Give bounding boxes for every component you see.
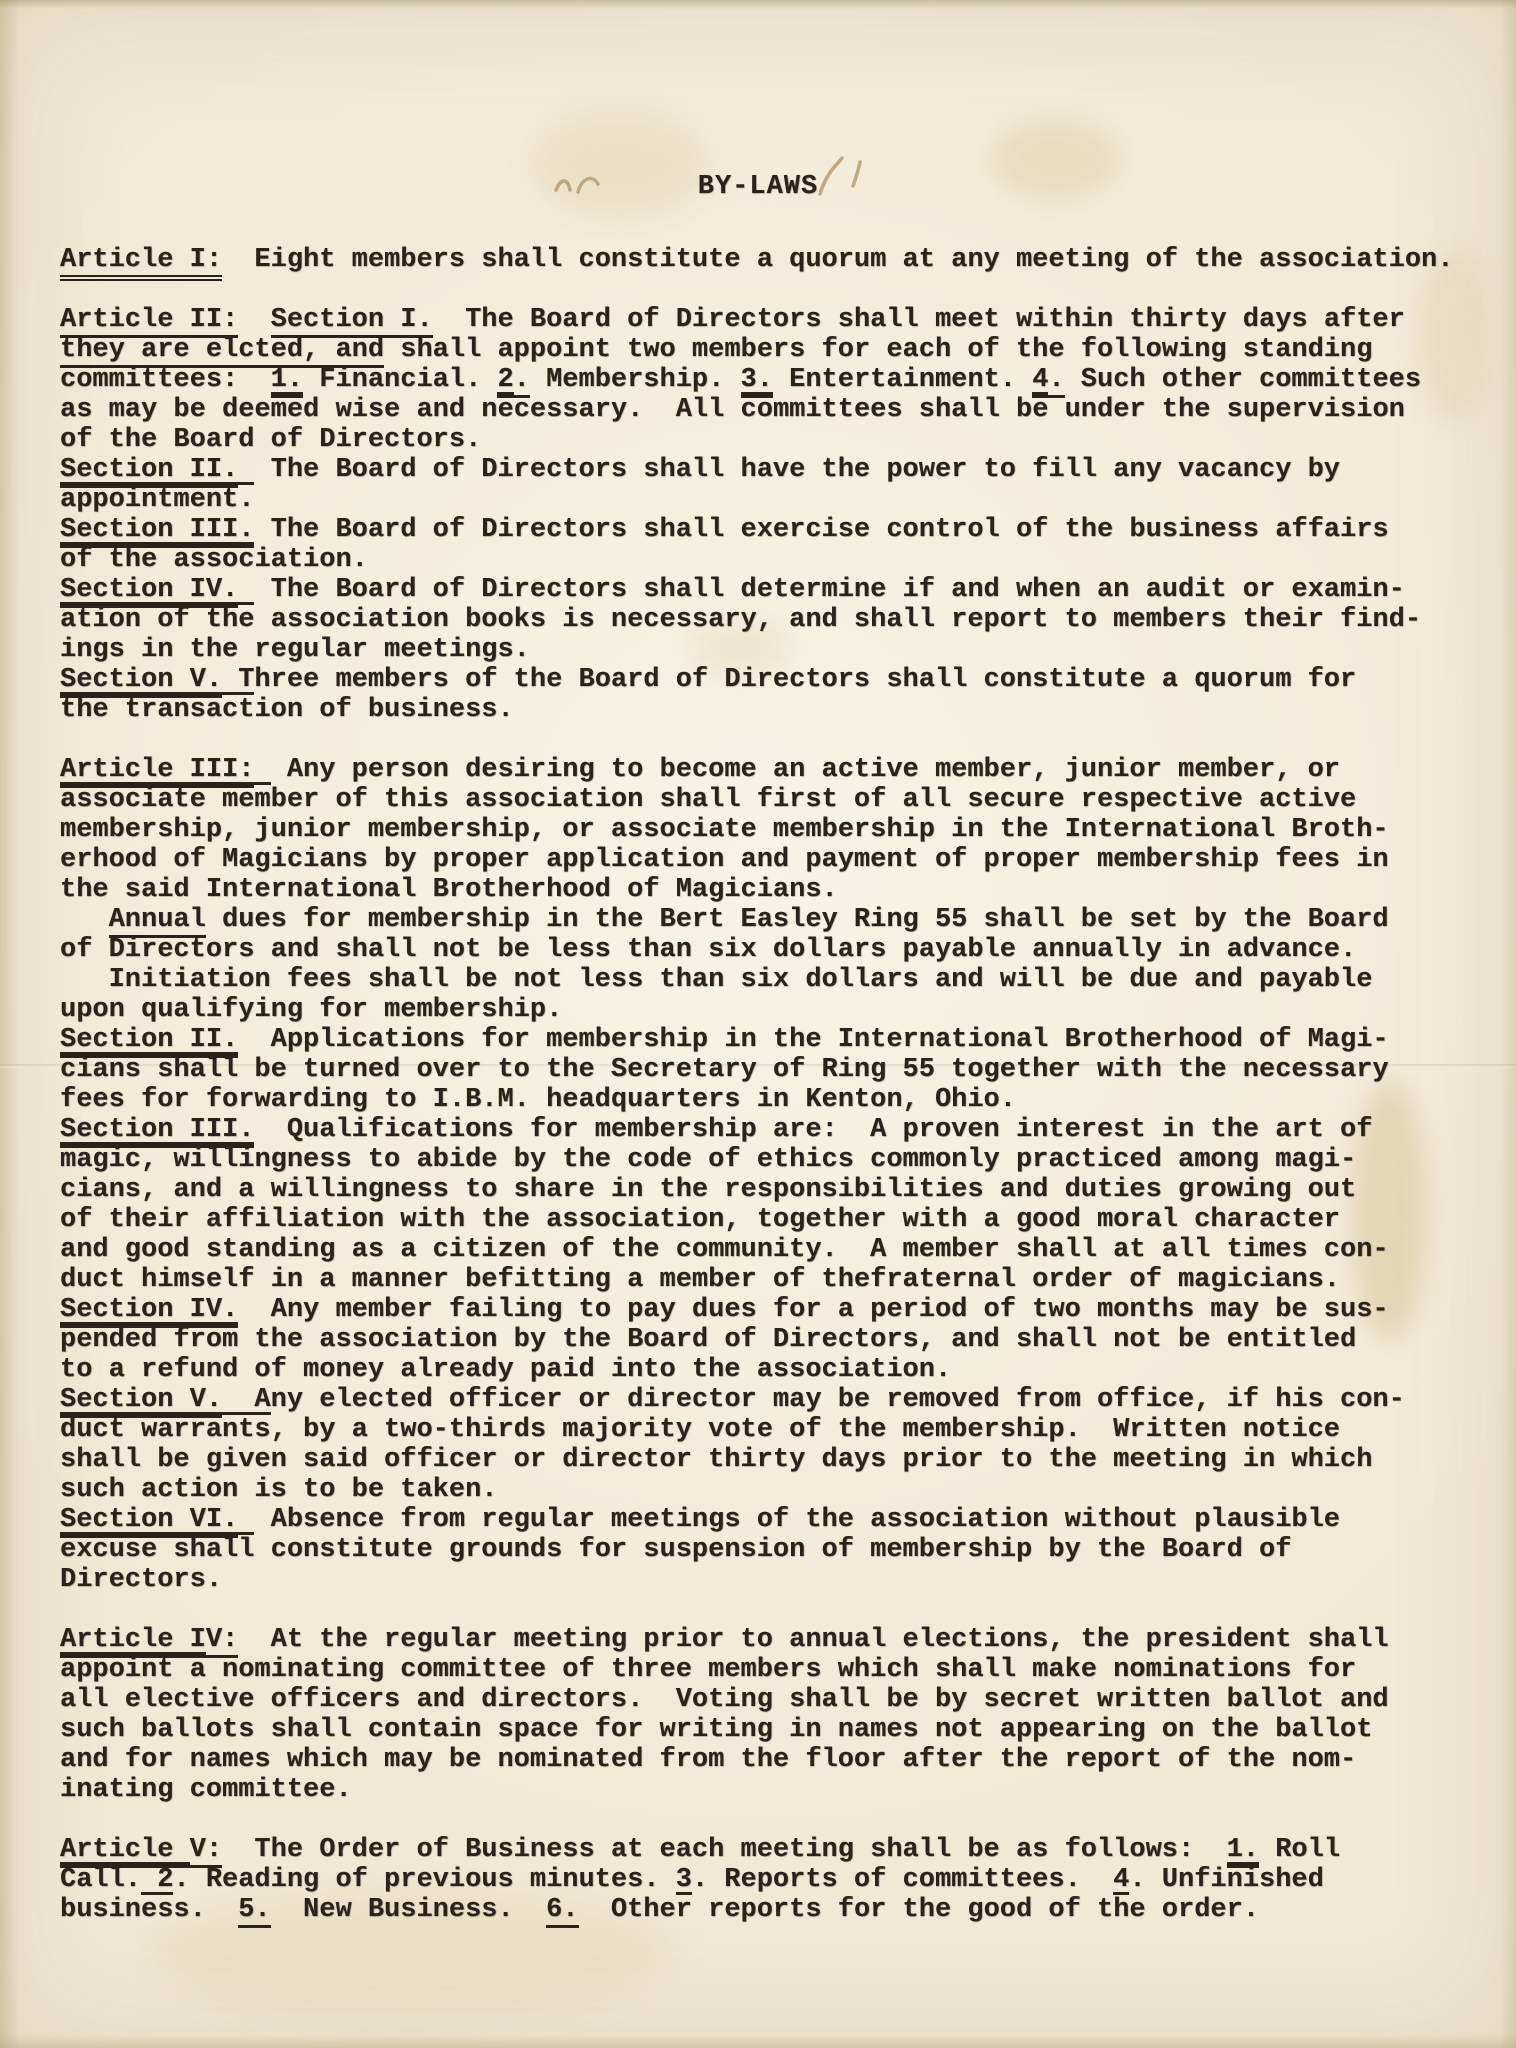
text-segment: of Directors and shall not be less than …	[60, 935, 1356, 965]
text-segment: Directors.	[60, 1565, 222, 1595]
text-line: such action is to be taken.	[60, 1475, 1453, 1505]
text-segment: shall be given said officer or director …	[60, 1445, 1372, 1475]
text-line: cians, and a willingness to share in the…	[60, 1175, 1453, 1205]
text-segment: association books is necessary, and shal…	[254, 605, 1421, 635]
text-segment: associate mem	[60, 782, 271, 815]
text-segment: such ballots shall contain space for wri…	[60, 1715, 1372, 1745]
text-segment: and good standing as a citizen of the co…	[60, 1235, 1389, 1265]
text-segment: Entertainment.	[773, 365, 1032, 395]
text-segment	[238, 305, 270, 335]
text-segment: duct warrants	[60, 1412, 271, 1445]
text-segment: of the Board of Directors.	[60, 425, 481, 455]
text-segment: membership, junior membership, or associ…	[60, 815, 1389, 845]
text-line: and for names which may be nominated fro…	[60, 1745, 1453, 1775]
text-line: Section III. The Board of Directors shal…	[60, 515, 1453, 545]
text-line: Section VI. Absence from regular meeting…	[60, 1505, 1453, 1535]
text-segment: shall appoint two members for each of th…	[384, 335, 1372, 365]
text-segment: committees:	[60, 365, 271, 395]
document-title: BY-LAWS	[0, 172, 1516, 202]
text-line: of their affiliation with the associatio…	[60, 1205, 1453, 1235]
text-segment: cessary. All	[514, 395, 741, 425]
text-segment: be turned over to the Secretary of Ring …	[238, 1055, 1388, 1085]
text-segment: Three members of the Board of Directors …	[222, 665, 1356, 695]
text-line: Article III: Any person desiring to beco…	[60, 755, 1453, 785]
text-line: of the Board of Directors.	[60, 425, 1453, 455]
text-segment: The Board of Directors shall have the po…	[238, 455, 1340, 485]
text-line: the said International Brotherhood of Ma…	[60, 875, 1453, 905]
text-segment: Any member failing to pay dues for a per…	[238, 1295, 1388, 1325]
text-segment: 5.	[238, 1895, 270, 1928]
text-segment: The Order of Business at each meeting sh…	[222, 1835, 1227, 1865]
text-line: to a refund of money already paid into t…	[60, 1355, 1453, 1385]
text-segment: 6.	[546, 1895, 578, 1928]
heading-text: Section I.	[271, 305, 433, 338]
text-line: the transaction of business.	[60, 695, 1453, 725]
text-segment: appoint a	[60, 1652, 206, 1685]
text-line: associate member of this association sha…	[60, 785, 1453, 815]
text-segment: Financial.	[303, 365, 497, 395]
text-line: ation of the association books is necess…	[60, 605, 1453, 635]
text-line: Article IV: At the regular meeting prior…	[60, 1625, 1453, 1655]
text-line: Article V: The Order of Business at each…	[60, 1835, 1453, 1865]
text-segment: they are elcted, and	[60, 335, 384, 368]
text-segment: d wise and n	[303, 395, 497, 425]
text-line: Section V. Any elected officer or direct…	[60, 1385, 1453, 1415]
text-segment: ber of this association shall first of a…	[271, 785, 1357, 815]
text-segment: mmittees shall b	[773, 395, 1032, 425]
text-segment: ni	[1227, 1862, 1259, 1895]
text-segment: ion of business.	[254, 695, 513, 725]
text-segment: Roll	[1259, 1835, 1340, 1865]
text-line: duct himself in a manner befitting a mem…	[60, 1265, 1453, 1295]
text-line: of the association.	[60, 545, 1453, 575]
text-line: cians shall be turned over to the Secret…	[60, 1055, 1453, 1085]
text-segment: s.	[173, 1895, 238, 1925]
text-segment: , by a two-thirds majority vote of the m…	[271, 1415, 1340, 1445]
blank-line	[60, 275, 1453, 305]
text-segment: duct himself in a manner befitting a mem…	[60, 1265, 1340, 1295]
text-segment: The Board of Directors shall exercise co…	[254, 515, 1388, 545]
blank-line	[60, 1595, 1453, 1625]
text-line: they are elcted, and shall appoint two m…	[60, 335, 1453, 365]
text-segment: under the supervision	[1048, 395, 1404, 425]
text-line: Article II: Section I. The Board of Dire…	[60, 305, 1453, 335]
text-segment	[60, 905, 109, 935]
text-segment: busin	[60, 1895, 141, 1925]
text-line: membership, junior membership, or associ…	[60, 815, 1453, 845]
text-segment: reports for the good of t	[692, 1895, 1113, 1925]
text-segment: the said International Brotherhood of Ma…	[60, 875, 838, 905]
text-segment: dues for membership in the Bert Easley R…	[206, 905, 1389, 935]
text-segment: as may be dee	[60, 395, 271, 425]
text-segment: e	[497, 392, 513, 425]
text-segment: pended from	[60, 1322, 238, 1355]
text-line: Initiation fees shall be not less than s…	[60, 965, 1453, 995]
text-segment: e	[1032, 392, 1048, 425]
text-segment: Any elected officer or director may be r…	[222, 1385, 1405, 1415]
text-segment: h	[1113, 1892, 1129, 1925]
text-segment: inating committee.	[60, 1775, 352, 1805]
text-line: appoint a nominating committee of three …	[60, 1655, 1453, 1685]
document-body: Article I: Eight members shall constitut…	[60, 245, 1453, 1925]
text-line: appointment.	[60, 485, 1453, 515]
text-line: Section III. Qualifications for membersh…	[60, 1115, 1453, 1145]
text-segment: the association by the Board of Director…	[238, 1325, 1356, 1355]
text-segment: es	[141, 1892, 173, 1925]
text-segment: such action is to be taken.	[60, 1475, 497, 1505]
text-segment: of the assoc	[60, 542, 254, 575]
text-segment: The Board of Directors shall meet within…	[433, 305, 1405, 335]
text-segment: upon qualifying for membership.	[60, 995, 562, 1025]
text-segment: appointment.	[60, 482, 254, 515]
text-segment: the transact	[60, 692, 254, 725]
text-segment: e order.	[1129, 1895, 1259, 1925]
text-line: fees for forwarding to I.B.M. headquarte…	[60, 1085, 1453, 1115]
text-segment: erhood of Magicians by proper applicatio…	[60, 845, 1389, 875]
text-segment: New Business.	[271, 1895, 546, 1925]
blank-line	[60, 1805, 1453, 1835]
text-line: shall be given said officer or director …	[60, 1445, 1453, 1475]
heading-text: Article II:	[60, 305, 238, 338]
text-segment: of their affiliation with the associatio…	[60, 1205, 1340, 1235]
text-segment: constitute grounds for suspension of mem…	[254, 1535, 1291, 1565]
text-segment: Othe	[579, 1895, 676, 1925]
text-segment: r	[676, 1892, 692, 1925]
text-segment: Reading of previous minutes. 3. Reports …	[190, 1865, 1227, 1895]
text-segment: magic, willi	[60, 1142, 254, 1175]
text-segment: Such other committees	[1065, 365, 1421, 395]
text-line: ings in the regular meetings.	[60, 635, 1453, 665]
paper-page: BY-LAWS Article I: Eight members shall c…	[0, 0, 1516, 2048]
text-segment: Call. 2.	[60, 1862, 190, 1895]
text-line: business. 5. New Business. 6. Other repo…	[60, 1895, 1453, 1925]
text-segment: me	[271, 392, 303, 425]
text-line: inating committee.	[60, 1775, 1453, 1805]
text-segment: iation.	[254, 545, 367, 575]
text-line: Article I: Eight members shall constitut…	[60, 245, 1453, 275]
text-segment: and for names which may be nominated fro…	[60, 1745, 1356, 1775]
text-segment: Membership.	[530, 365, 741, 395]
text-segment: excuse shall	[60, 1532, 254, 1565]
text-line: pended from the association by the Board…	[60, 1325, 1453, 1355]
paper-stain	[530, 110, 710, 220]
text-line: all elective officers and directors. Vot…	[60, 1685, 1453, 1715]
text-segment: shed	[1259, 1865, 1324, 1895]
text-segment: Absence from regular meetings of the ass…	[238, 1505, 1340, 1535]
text-line: erhood of Magicians by proper applicatio…	[60, 845, 1453, 875]
text-line: of Directors and shall not be less than …	[60, 935, 1453, 965]
text-line: Section V. Three members of the Board of…	[60, 665, 1453, 695]
heading-text: Article I:	[60, 245, 222, 281]
text-line: duct warrants, by a two-thirds majority …	[60, 1415, 1453, 1445]
text-line: Section II. The Board of Directors shall…	[60, 455, 1453, 485]
text-segment: ngness to abide by the code of ethics co…	[254, 1145, 1356, 1175]
text-segment: Annual	[109, 905, 206, 938]
text-segment: At the regular meeting prior to annual e…	[238, 1625, 1388, 1655]
text-segment: cians shall	[60, 1052, 238, 1085]
text-segment: ings in the regular meetings.	[60, 635, 530, 665]
text-segment: Initiation fees shall be not less than s…	[60, 965, 1372, 995]
text-segment: co	[741, 392, 773, 425]
blank-line	[60, 725, 1453, 755]
text-line: such ballots shall contain space for wri…	[60, 1715, 1453, 1745]
text-line: Section IV. Any member failing to pay du…	[60, 1295, 1453, 1325]
text-segment: nominating committee of three members wh…	[206, 1655, 1356, 1685]
text-segment: Any person desiring to become an active …	[254, 755, 1340, 785]
text-line: committees: 1. Financial. 2. Membership.…	[60, 365, 1453, 395]
text-line: magic, willingness to abide by the code …	[60, 1145, 1453, 1175]
text-line: Annual dues for membership in the Bert E…	[60, 905, 1453, 935]
text-segment: Qualifications for membership are: A pro…	[254, 1115, 1372, 1145]
text-line: as may be deemed wise and necessary. All…	[60, 395, 1453, 425]
text-line: upon qualifying for membership.	[60, 995, 1453, 1025]
text-line: and good standing as a citizen of the co…	[60, 1235, 1453, 1265]
text-line: Section II. Applications for membership …	[60, 1025, 1453, 1055]
text-line: Section IV. The Board of Directors shall…	[60, 575, 1453, 605]
text-segment: all elective officers and directors. Vot…	[60, 1685, 1389, 1715]
text-line: Directors.	[60, 1565, 1453, 1595]
text-segment: Eight members shall constitute a quorum …	[222, 245, 1453, 275]
text-segment: cians, and a willingness to share in the…	[60, 1175, 1356, 1205]
text-segment: to a refund of money already paid into t…	[60, 1355, 951, 1385]
text-segment: Applications for membership in the Inter…	[238, 1025, 1388, 1055]
text-segment: ation of the	[60, 602, 254, 635]
text-line: Call. 2. Reading of previous minutes. 3.…	[60, 1865, 1453, 1895]
text-line: excuse shall constitute grounds for susp…	[60, 1535, 1453, 1565]
text-segment: The Board of Directors shall determine i…	[238, 575, 1405, 605]
text-segment: fees for forwarding to I.B.M. headquarte…	[60, 1085, 1016, 1115]
